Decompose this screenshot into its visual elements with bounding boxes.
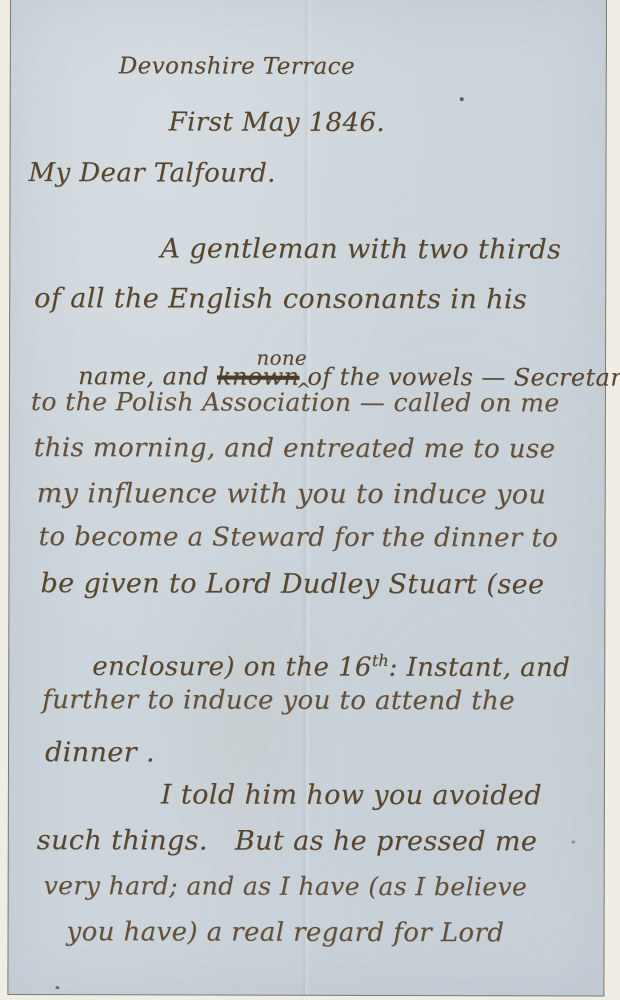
letter-line: my influence with you to induce you	[37, 478, 547, 510]
letter-line: I told him how you avoided	[161, 779, 542, 811]
letter-line: very hard; and as I have (as I believe	[44, 871, 528, 901]
letter-line: further to induce you to attend the	[42, 685, 515, 716]
letter-line: such things. But as he pressed me	[37, 825, 538, 857]
letter-line: you have) a real regard for Lord	[67, 917, 505, 948]
letter-line: to the Polish Association — called on me	[31, 387, 560, 417]
letter-line: to become a Steward for the dinner to	[39, 522, 559, 553]
letterhead-place: Devonshire Terrace	[119, 53, 355, 80]
salutation: My Dear Talfourd.	[28, 158, 275, 189]
letter-date: First May 1846.	[169, 107, 385, 138]
letter-line: A gentleman with two thirds	[160, 233, 561, 265]
letter-line: this morning, and entreated me to use	[34, 433, 556, 464]
sixteenth-ordinal: th	[372, 651, 389, 670]
emendation: knownnone^	[217, 363, 300, 391]
sixteenth-post: : Instant, and	[389, 653, 571, 683]
letter-line: of all the English consonants in his	[34, 283, 527, 315]
letter-page: Devonshire Terrace First May 1846. My De…	[7, 0, 607, 997]
ink-speck	[460, 97, 464, 101]
letter-line: dinner .	[45, 737, 155, 768]
ink-speck	[572, 840, 575, 843]
inserted-word: none	[257, 347, 307, 370]
ink-speck	[55, 986, 59, 989]
sixteenth-pre: enclosure) on the 16	[92, 652, 372, 683]
letter-line: be given to Lord Dudley Stuart (see	[40, 568, 544, 600]
scan-background: Devonshire Terrace First May 1846. My De…	[0, 0, 620, 1000]
